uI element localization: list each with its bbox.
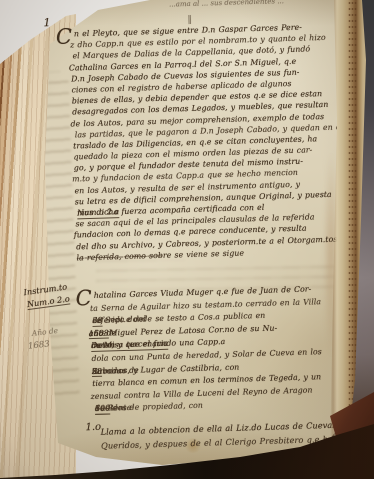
manuscript-line: en los Autos, y resulta de ser el instru…	[74, 186, 78, 197]
paragraph: Cn el Pleyto, que se sigue entre D.n Gas…	[70, 29, 81, 264]
manuscript-line: m.to y fundacion de esta Capp.a que se h…	[72, 175, 78, 186]
manuscript-line: las partidas, que le pagaron a D.n Josep…	[75, 130, 77, 141]
manuscript-text-segment: Zubadas de	[92, 365, 139, 375]
manuscript-line: go, y porque el fundador deste tenuta de…	[74, 164, 78, 175]
manuscript-line: tierra blanca en comun en los terminos d…	[92, 379, 96, 392]
manuscript-text-segment: Num.o 2.a	[77, 207, 119, 219]
manuscript-line: Chatalina Garces Viuda Muger q.e fue de …	[89, 291, 93, 304]
manuscript-line: de 100 Sueldos de propiedad, con 500 de …	[95, 404, 97, 417]
manuscript-line: zensual contra la Villa de Luceni del Re…	[90, 392, 96, 405]
manuscript-text-segment: ta Serna de Aguilar hizo su testam.to ce…	[90, 297, 321, 313]
paragraph: Chatalina Garces Viuda Muger q.e fue de …	[89, 291, 97, 417]
manuscript-line: la referida, como sobre se viene se sigu…	[76, 253, 80, 264]
manuscript-line: referida donde se testo a Cos.a publica …	[92, 316, 94, 329]
manuscript-line: terminos, y Lugar de Castilbria, con 38 …	[92, 366, 96, 379]
manuscript-photo: 1 ...ama al ... sus descendientes ... ‖ …	[0, 0, 374, 479]
header-catchline: ...ama al ... sus descendientes ...	[169, 0, 284, 9]
header-mark: ‖	[187, 15, 192, 25]
manuscript-line: fundacion con lo demas q.e parece conduc…	[74, 231, 80, 242]
manuscript-line: del dho su Archivo, y Cabreos, y posteri…	[76, 242, 80, 253]
paragraph: Llama a la obtencion de ella al Liz.do L…	[101, 427, 102, 454]
manuscript-line: bienes de ellas, y debia depender que es…	[72, 96, 76, 107]
manuscript-text-segment: —————	[95, 403, 134, 413]
manuscript-line: z dho Capp.n que es estilo por el nombra…	[70, 41, 74, 52]
manuscript-line: quedado la pieza con el mismo orden las …	[73, 152, 77, 163]
manuscript-line: traslado de las Diligencias, en q.e se c…	[73, 141, 77, 152]
manuscript-line: mero; y que el fundo una Capp.a de Misa …	[91, 341, 95, 354]
manuscript-line: dola con una Punta de heredad, y Solar d…	[91, 354, 95, 367]
page-number: 1	[43, 16, 50, 29]
manuscript-line: mas dicha fuerza acompaña certificada co…	[77, 208, 79, 219]
margin-note-year-label: Año de	[31, 326, 58, 338]
manuscript-line: ta Serna de Aguilar hizo su testam.to ce…	[90, 303, 94, 316]
manuscript-line: el Marques de Dalias de la Cappellania, …	[72, 52, 74, 63]
manuscript-line: ciones con el registro de haberse aplica…	[71, 85, 75, 96]
manuscript-text-segment: ante Miguel Perez de Latosa Cor.no de su…	[89, 323, 278, 338]
manuscript-text-segment: zensual contra la Villa de Luceni del Re…	[90, 385, 312, 401]
manuscript-line: de los Autos, para su mejor comprehensio…	[70, 119, 76, 130]
manuscript-line: Cathalina Garces en la Parroq.l del S.or…	[69, 63, 75, 74]
manuscript-line: se sacan aqui de el las principales clau…	[75, 219, 79, 230]
manuscript-text-layer: 1 ...ama al ... sus descendientes ... ‖ …	[0, 0, 374, 479]
margin-note-year-value: 1683	[28, 339, 51, 351]
manuscript-text-segment: de Sept.e del	[92, 315, 146, 326]
manuscript-text-segment: Dotan-	[91, 341, 118, 351]
manuscript-line: su letra es de dificil comprehension, au…	[75, 197, 79, 208]
manuscript-line: año de 1683 ante Miguel Perez de Latosa …	[89, 329, 95, 342]
manuscript-text-segment: ———————————	[76, 251, 163, 263]
manuscript-line: desagregados con los demas Legados, y mu…	[72, 108, 76, 119]
drop-cap: C	[56, 33, 72, 39]
manuscript-line: Cn el Pleyto, que se sigue entre D.n Gas…	[70, 29, 74, 40]
manuscript-line: D.n Joseph Cabado de Cuevas los siguient…	[71, 74, 75, 85]
drop-cap: C	[76, 295, 92, 301]
margin-note-item-number: 1.o	[85, 422, 101, 433]
